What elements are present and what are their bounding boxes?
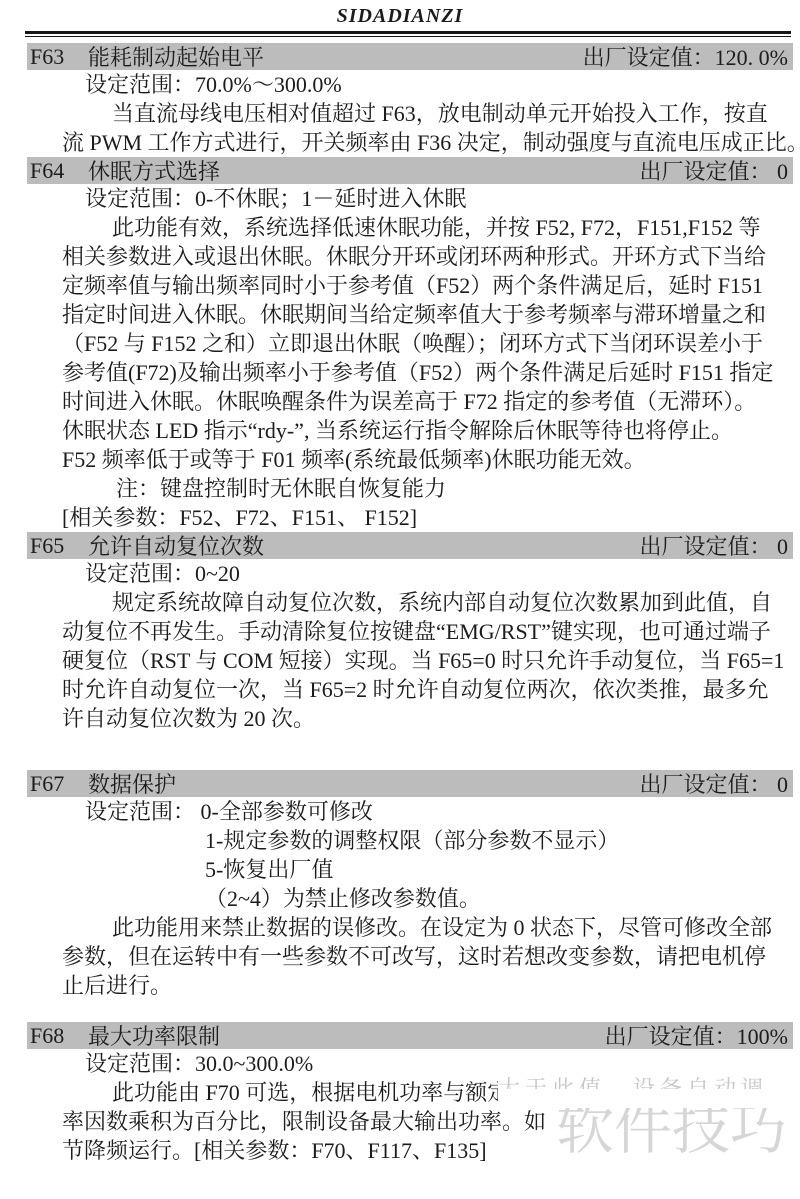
page-title: SIDADIANZI: [337, 5, 464, 27]
text-line: 5-恢复出厂值: [205, 855, 793, 884]
text-line: 参考值(F72)及输出频率小于参考值（F52）两个条件满足后延时 F151 指定: [62, 358, 793, 387]
text-line: 指定时间进入休眠。休眠期间当给定频率值大于参考频率与滞环增量之和: [62, 300, 793, 329]
param-default-value: 出厂设定值：100%: [605, 1020, 793, 1051]
param-title: 数据保护: [88, 768, 639, 799]
paragraph: 此功能用来禁止数据的误修改。在设定为 0 状态下，尽管可修改全部参数，但在运转中…: [27, 913, 793, 1000]
section-gap: [27, 1000, 793, 1022]
text-line: 时间进入休眠。休眠唤醒条件为误差高于 F72 指定的参考值（无滞环）。: [62, 387, 793, 416]
range-line: 设定范围： 0-全部参数可修改: [85, 797, 793, 826]
text-line: 止后进行。: [62, 971, 793, 1000]
param-header-f67: F67 数据保护 出厂设定值： 0: [27, 770, 793, 797]
obscured-text-remnant: 大于此值，设备自动调: [498, 1077, 794, 1089]
paragraph: 当直流母线电压相对值超过 F63，放电制动单元开始投入工作，按直流 PWM 工作…: [27, 99, 793, 157]
range-line: 设定范围：0-不休眠；1－延时进入休眠: [85, 184, 793, 213]
page-header: SIDADIANZI: [0, 0, 800, 31]
section-gap: [27, 733, 793, 770]
param-title: 休眠方式选择: [88, 155, 639, 186]
param-code: F68: [27, 1023, 88, 1049]
whiteout-patch: 大于此值，设备自动调: [498, 1077, 794, 1108]
page-content: F63 能耗制动起始电平 出厂设定值：120. 0% 设定范围：70.0%～30…: [27, 37, 793, 1165]
range-line: 设定范围：30.0~300.0%: [85, 1049, 793, 1078]
manual-page: SIDADIANZI F63 能耗制动起始电平 出厂设定值：120. 0% 设定…: [0, 0, 800, 1199]
param-header-f64: F64 休眠方式选择 出厂设定值： 0: [27, 157, 793, 184]
text-line: 定频率值与输出频率同时小于参考值（F52）两个条件满足后，延时 F151: [62, 271, 793, 300]
option-list: 1-规定参数的调整权限（部分参数不显示）5-恢复出厂值（2~4）为禁止修改参数值…: [27, 826, 793, 913]
text-line: 休眠状态 LED 指示“rdy-”, 当系统运行指令解除后休眠等待也将停止。: [62, 416, 793, 445]
text-line: F52 频率低于或等于 F01 频率(系统最低频率)休眠功能无效。: [62, 445, 793, 474]
range-line: 设定范围：70.0%～300.0%: [85, 70, 793, 99]
param-default-value: 出厂设定值：120. 0%: [583, 41, 793, 72]
paragraph: 规定系统故障自动复位次数，系统内部自动复位次数累加到此值，自动复位不再发生。手动…: [27, 588, 793, 733]
related-params-line: [相关参数：F52、F72、F151、 F152]: [62, 503, 793, 532]
param-header-f65: F65 允许自动复位次数 出厂设定值： 0: [27, 532, 793, 559]
text-line: 动复位不再发生。手动清除复位按键盘“EMG/RST”键实现，也可通过端子: [62, 617, 793, 646]
param-header-f68: F68 最大功率限制 出厂设定值：100%: [27, 1022, 793, 1049]
text-line: 当直流母线电压相对值超过 F63，放电制动单元开始投入工作，按直: [62, 99, 793, 128]
range-line: 设定范围：0~20: [85, 559, 793, 588]
text-line: 相关参数进入或退出休眠。休眠分开环或闭环两种形式。开环方式下当给: [62, 242, 793, 271]
param-code: F67: [27, 771, 88, 797]
text-line: 此功能用来禁止数据的误修改。在设定为 0 状态下，尽管可修改全部: [62, 913, 793, 942]
param-default-value: 出厂设定值： 0: [639, 530, 793, 561]
param-header-f63: F63 能耗制动起始电平 出厂设定值：120. 0%: [27, 43, 793, 70]
param-code: F64: [27, 158, 88, 184]
param-default-value: 出厂设定值： 0: [639, 155, 793, 186]
text-line: 规定系统故障自动复位次数，系统内部自动复位次数累加到此值，自: [62, 588, 793, 617]
param-code: F65: [27, 533, 88, 559]
text-line: 流 PWM 工作方式进行，开关频率由 F36 决定，制动强度与直流电压成正比。: [62, 128, 793, 157]
param-title: 允许自动复位次数: [88, 530, 639, 561]
param-title: 能耗制动起始电平: [88, 41, 583, 72]
text-line: 此功能有效，系统选择低速休眠功能，并按 F52, F72，F151,F152 等: [62, 213, 793, 242]
text-line: 时允许自动复位一次，当 F65=2 时允许自动复位两次，依次类推，最多允: [62, 675, 793, 704]
text-line: 硬复位（RST 与 COM 短接）实现。当 F65=0 时只允许手动复位，当 F…: [62, 646, 793, 675]
param-code: F63: [27, 44, 88, 70]
text-line: 1-规定参数的调整权限（部分参数不显示）: [205, 826, 793, 855]
note-line: 注：键盘控制时无休眠自恢复能力: [116, 474, 793, 503]
text-line: （2~4）为禁止修改参数值。: [205, 884, 793, 913]
paragraph: 此功能有效，系统选择低速休眠功能，并按 F52, F72，F151,F152 等…: [27, 213, 793, 474]
param-title: 最大功率限制: [88, 1020, 605, 1051]
text-line: 许自动复位次数为 20 次。: [62, 704, 793, 733]
text-line: （F52 与 F152 之和）立即退出休眠（唤醒）；闭环方式下当闭环误差小于: [62, 329, 793, 358]
param-default-value: 出厂设定值： 0: [639, 768, 793, 799]
text-line: 参数，但在运转中有一些参数不可改写，这时若想改变参数，请把电机停: [62, 942, 793, 971]
